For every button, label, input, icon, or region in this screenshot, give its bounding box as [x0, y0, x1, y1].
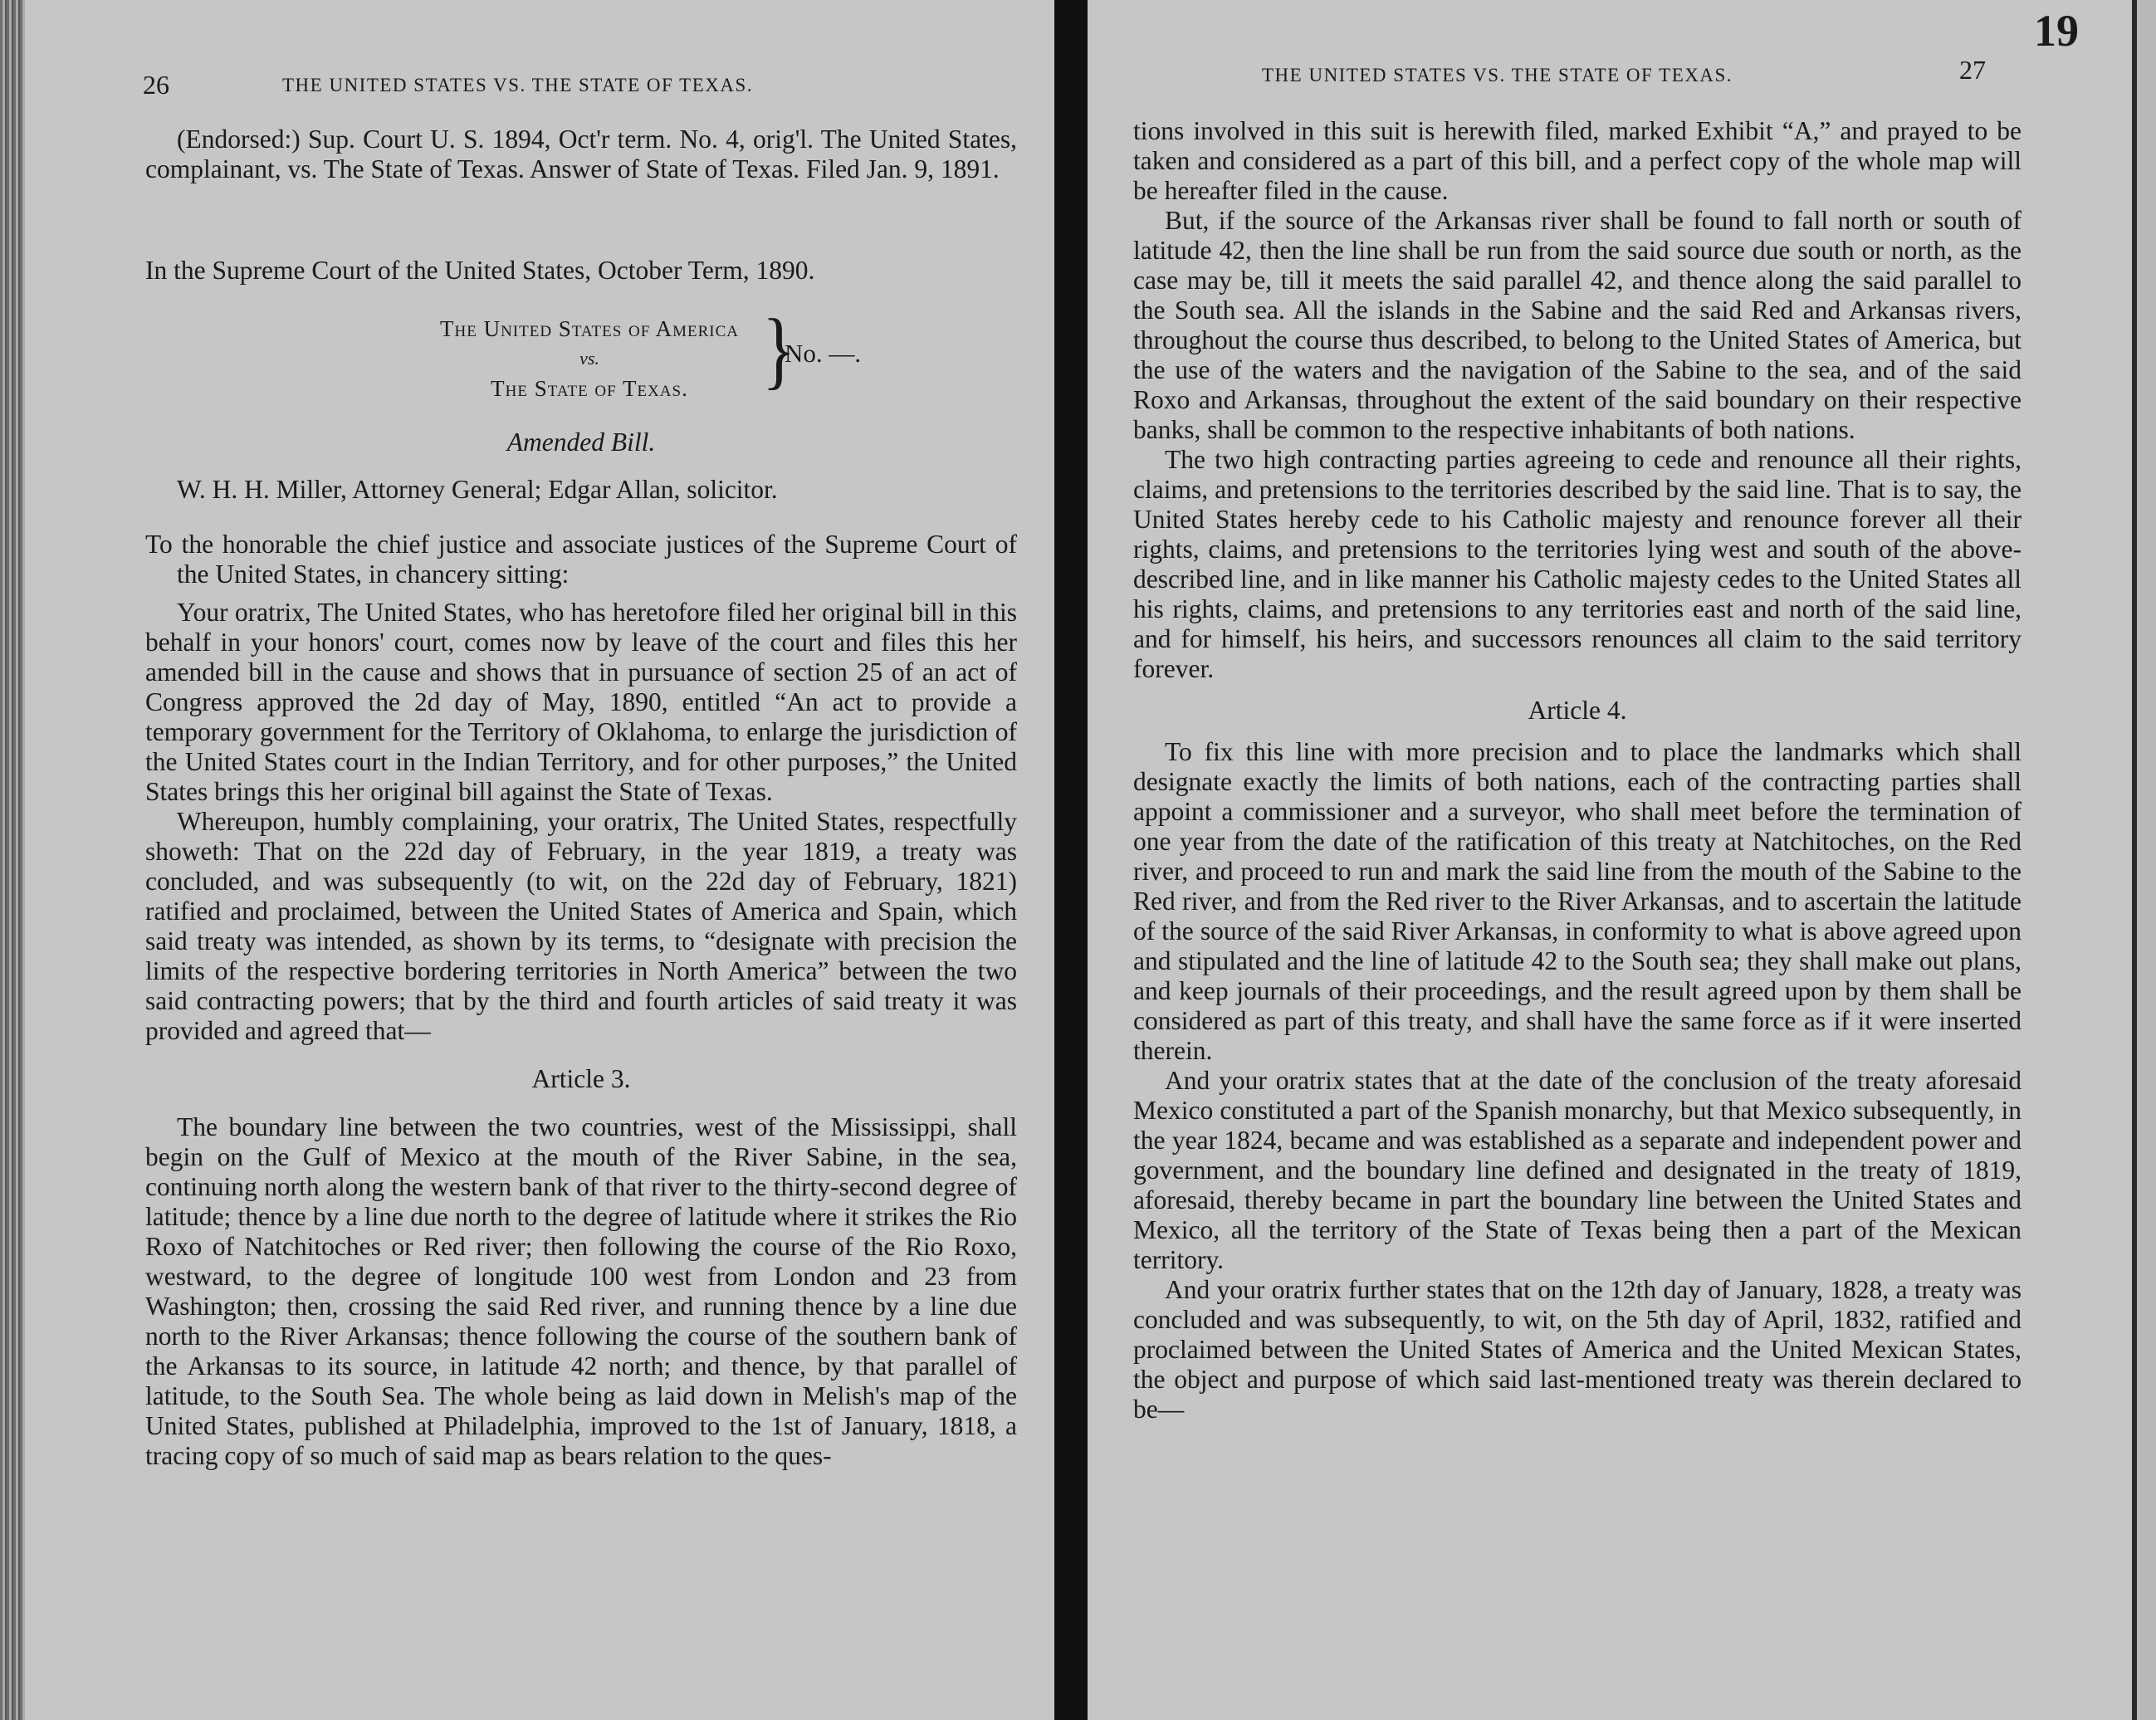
endorsement-text: (Endorsed:) Sup. Court U. S. 1894, Oct'r… — [145, 125, 1017, 184]
case-number: No. —. — [785, 339, 861, 369]
counsel-line: W. H. H. Miller, Attorney General; Edgar… — [145, 475, 1017, 505]
stamp-number: 19 — [2034, 5, 2079, 56]
page-number-right: 27 — [1959, 55, 1986, 86]
article-3-text: The boundary line between the two countr… — [145, 1112, 1017, 1471]
running-head-left: THE UNITED STATES VS. THE STATE OF TEXAS… — [282, 75, 753, 96]
endorsement: (Endorsed:) Sup. Court U. S. 1894, Oct'r… — [145, 125, 1017, 184]
article-4-text: To fix this line with more precision and… — [1133, 737, 2022, 1066]
running-head-right: THE UNITED STATES VS. THE STATE OF TEXAS… — [1262, 65, 1733, 86]
court-line-text: In the Supreme Court of the United State… — [145, 256, 1017, 286]
article-4-heading: Article 4. — [1133, 696, 2022, 726]
paragraph-whereupon: Whereupon, humbly complaining, your orat… — [145, 807, 1017, 1046]
paragraph-but: But, if the source of the Arkansas river… — [1133, 206, 2022, 445]
page-number-left: 26 — [143, 70, 169, 100]
paragraph-two-parties: The two high contracting parties agreein… — [1133, 445, 2022, 684]
book-edge-right — [2132, 0, 2156, 1720]
article-3-heading: Article 3. — [145, 1064, 1017, 1094]
counsel-text: W. H. H. Miller, Attorney General; Edgar… — [145, 475, 1017, 505]
book-edge-left — [0, 0, 25, 1720]
court-line: In the Supreme Court of the United State… — [145, 256, 1017, 286]
paragraph-oratrix: Your oratrix, The United States, who has… — [145, 598, 1017, 807]
paragraph-1828: And your oratrix further states that on … — [1133, 1275, 2022, 1424]
document-title: Amended Bill. — [145, 428, 1017, 457]
paragraph-mexico: And your oratrix states that at the date… — [1133, 1066, 2022, 1275]
book-spine — [1054, 0, 1088, 1720]
left-body: To the honorable the chief justice and a… — [145, 530, 1017, 1471]
right-body: tions involved in this suit is herewith … — [1133, 116, 2022, 1424]
address-paragraph: To the honorable the chief justice and a… — [145, 530, 1017, 589]
paragraph-continued: tions involved in this suit is herewith … — [1133, 116, 2022, 206]
